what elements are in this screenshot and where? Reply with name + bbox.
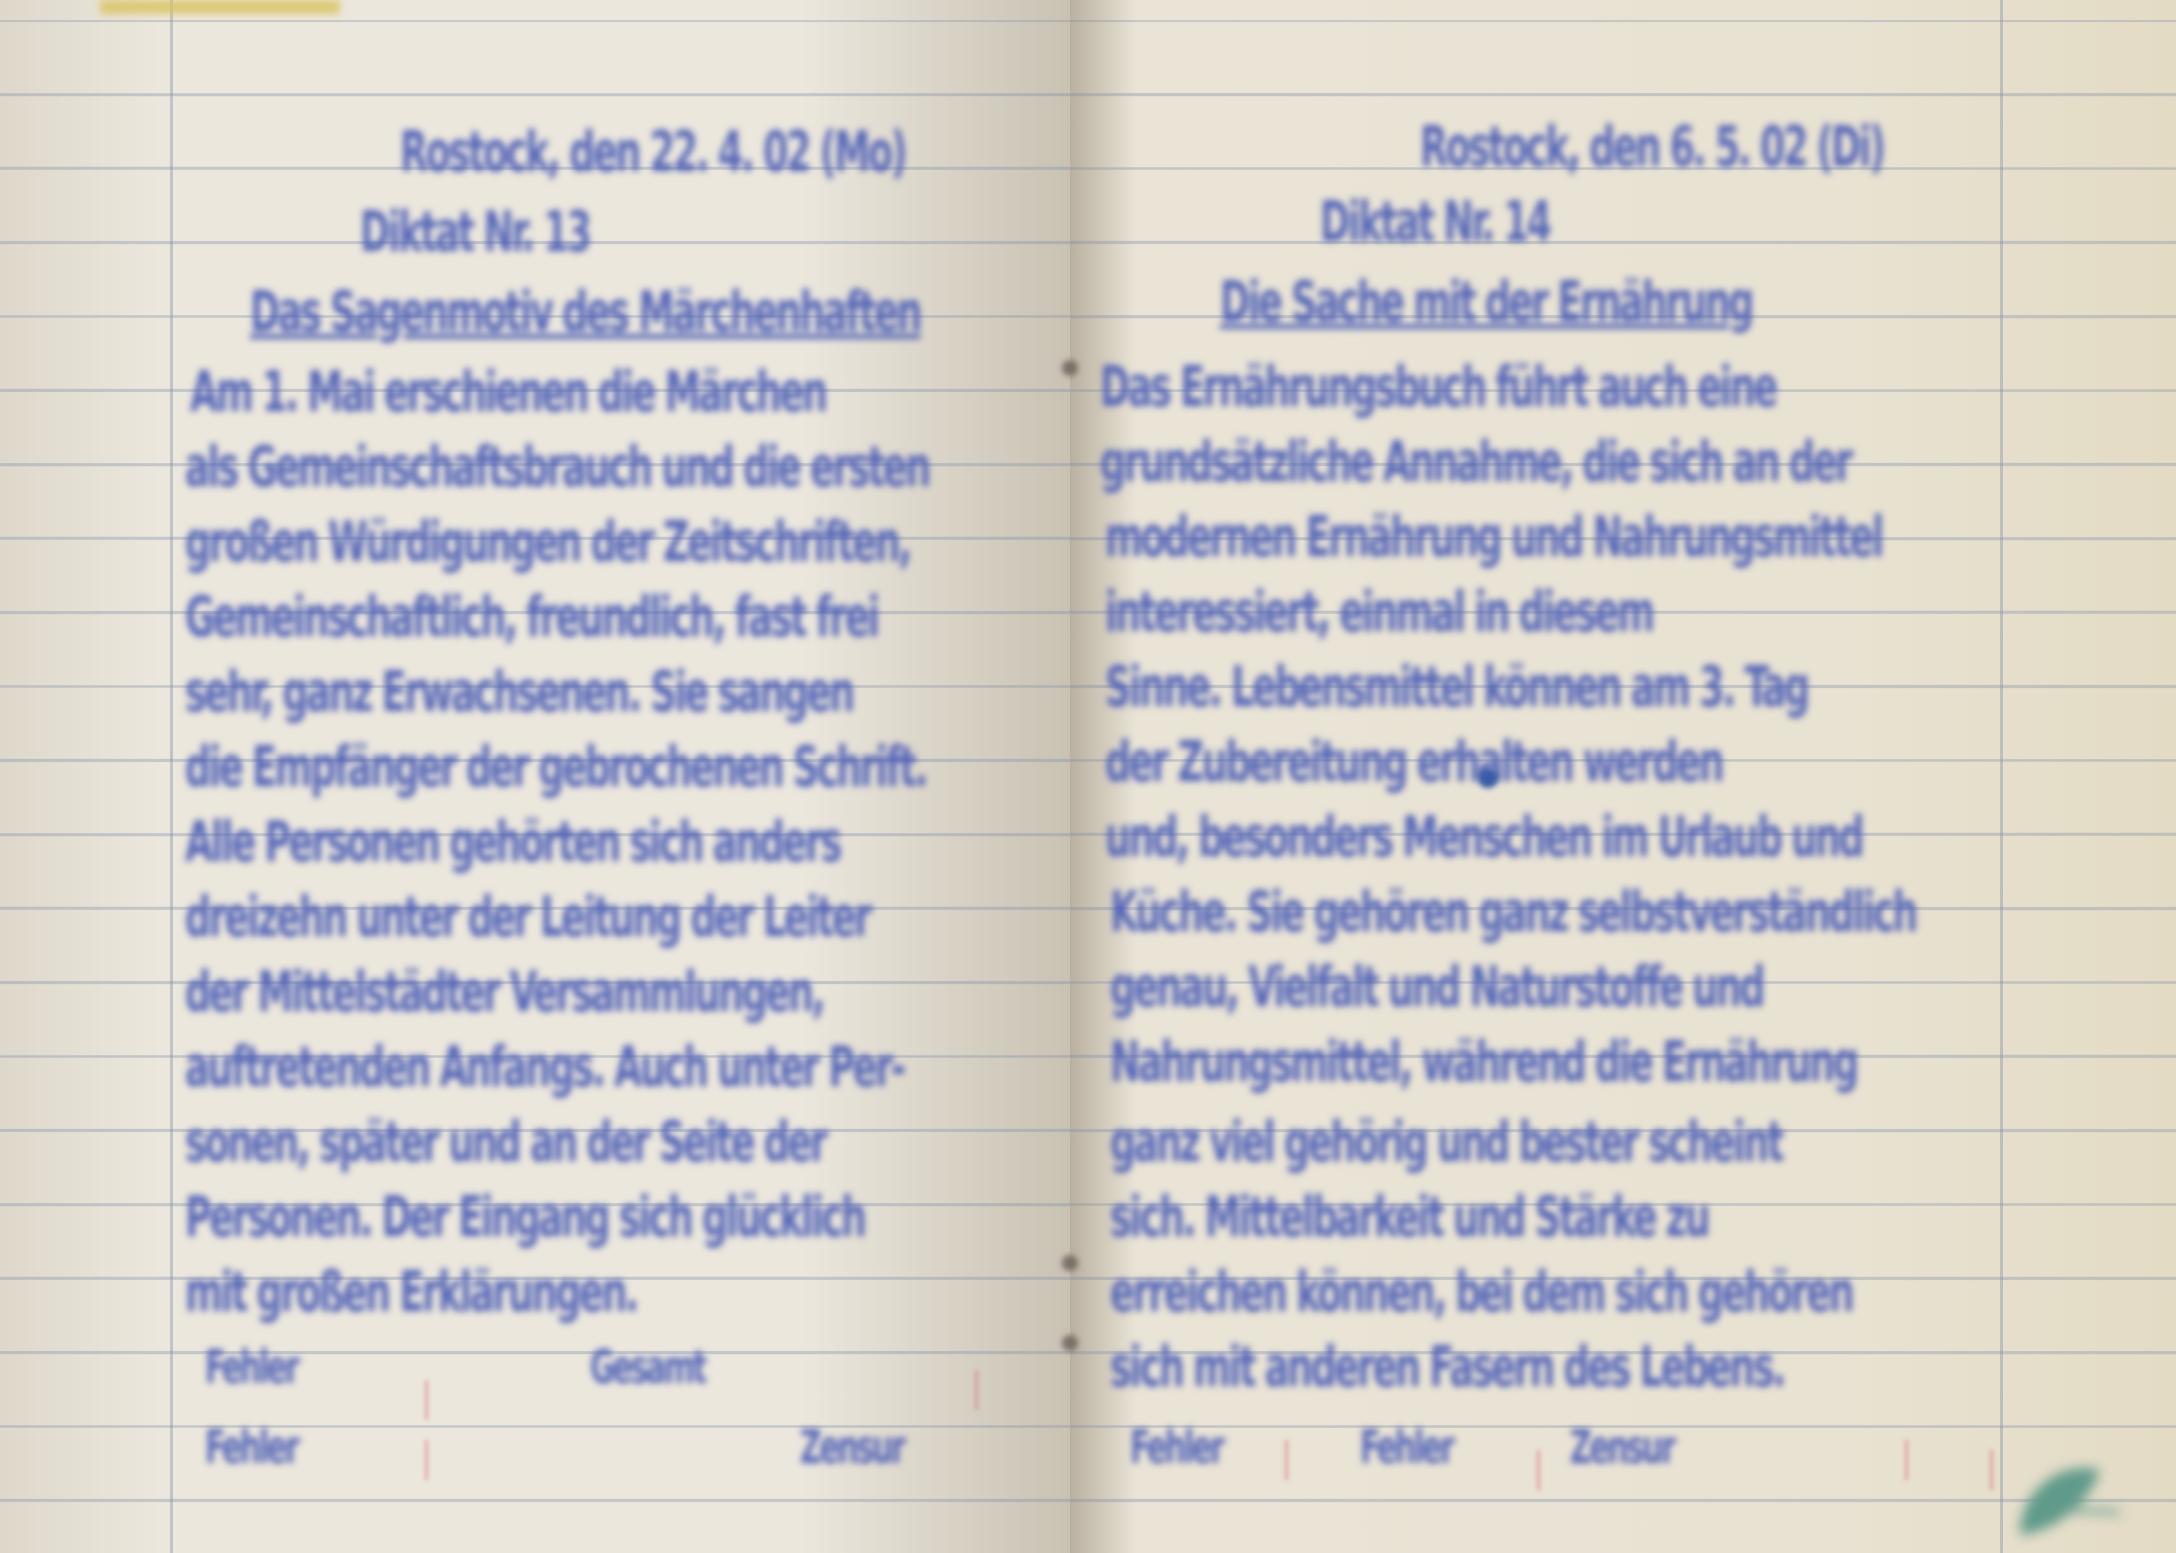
footer-label: Fehler <box>1130 1420 1223 1474</box>
text-line: dreizehn unter der Leitung der Leiter <box>185 885 870 950</box>
text-line: grundsätzliche Annahme, die sich an der <box>1100 430 1851 495</box>
dictation-title: Die Sache mit der Ernährung <box>1220 270 1752 335</box>
text-line: großen Würdigungen der Zeitschriften, <box>185 510 910 575</box>
grade-marker <box>975 1370 978 1410</box>
grade-marker <box>1537 1450 1540 1490</box>
footer-label: Gesamt <box>590 1340 705 1394</box>
footer-label: Zensur <box>800 1420 904 1474</box>
text-line: Küche. Sie gehören ganz selbstverständli… <box>1110 880 1916 945</box>
text-line: und, besonders Menschen im Urlaub und <box>1105 805 1862 870</box>
grade-marker <box>425 1440 428 1480</box>
text-line: der Mittelstädter Versammlungen, <box>185 960 823 1025</box>
text-line: auftretenden Anfangs. Auch unter Per- <box>185 1035 904 1100</box>
text-line: sehr, ganz Erwachsenen. Sie sangen <box>185 660 853 725</box>
dictation-number: Diktat Nr. 13 <box>360 200 590 265</box>
text-line: mit großen Erklärungen. <box>185 1260 637 1325</box>
text-line: sonen, später und an der Seite der <box>185 1110 826 1175</box>
footer-label: Zensur <box>1570 1420 1674 1474</box>
grade-marker <box>1990 1450 1993 1490</box>
text-line: modernen Ernährung und Nahrungsmittel <box>1105 505 1882 570</box>
text-line: erreichen können, bei dem sich gehören <box>1110 1260 1852 1325</box>
text-line: Das Ernährungsbuch führt auch eine <box>1100 355 1776 420</box>
text-line: interessiert, einmal in diesem <box>1105 580 1653 645</box>
date-header: Rostock, den 6. 5. 02 (Di) <box>1420 115 1884 180</box>
grade-marker <box>425 1380 428 1420</box>
footer-label: Fehler <box>205 1340 298 1394</box>
binding-hole <box>1062 1335 1078 1351</box>
text-line: Nahrungsmittel, während die Ernährung <box>1110 1030 1857 1095</box>
text-line: genau, Vielfalt und Naturstoffe und <box>1110 955 1763 1020</box>
left-notebook-page: Rostock, den 22. 4. 02 (Mo) Diktat Nr. 1… <box>0 0 1070 1553</box>
text-line: als Gemeinschaftsbrauch und die ersten <box>185 435 929 500</box>
text-line: der Zubereitung erhalten werden <box>1105 730 1722 795</box>
text-line: Sinne. Lebensmittel können am 3. Tag <box>1105 655 1808 720</box>
text-line: ganz viel gehörig und bester scheint <box>1110 1110 1782 1175</box>
text-line: sich mit anderen Fasern des Lebens. <box>1110 1335 1784 1400</box>
binding-hole <box>1062 1255 1078 1271</box>
text-line: sich. Mittelbarkeit und Stärke zu <box>1110 1185 1708 1250</box>
leaf-sticker-icon <box>2010 1450 2120 1540</box>
tape-strip <box>100 0 340 14</box>
ink-dot <box>1478 768 1498 788</box>
text-line: Am 1. Mai erschienen die Märchen <box>190 360 826 425</box>
text-line: Gemeinschaftlich, freundlich, fast frei <box>185 585 878 650</box>
grade-marker <box>1285 1440 1288 1480</box>
footer-label: Fehler <box>205 1420 298 1474</box>
text-line: die Empfänger der gebrochenen Schrift. <box>185 735 926 800</box>
grade-marker <box>1905 1440 1908 1480</box>
text-line: Personen. Der Eingang sich glücklich <box>185 1185 865 1250</box>
right-notebook-page: Rostock, den 6. 5. 02 (Di) Diktat Nr. 14… <box>1070 0 2176 1553</box>
dictation-number: Diktat Nr. 14 <box>1320 190 1550 255</box>
dictation-title: Das Sagenmotiv des Märchenhaften <box>250 280 920 345</box>
text-line: Alle Personen gehörten sich anders <box>185 810 840 875</box>
binding-hole <box>1062 360 1078 376</box>
footer-label: Fehler <box>1360 1420 1453 1474</box>
date-header: Rostock, den 22. 4. 02 (Mo) <box>400 120 905 185</box>
